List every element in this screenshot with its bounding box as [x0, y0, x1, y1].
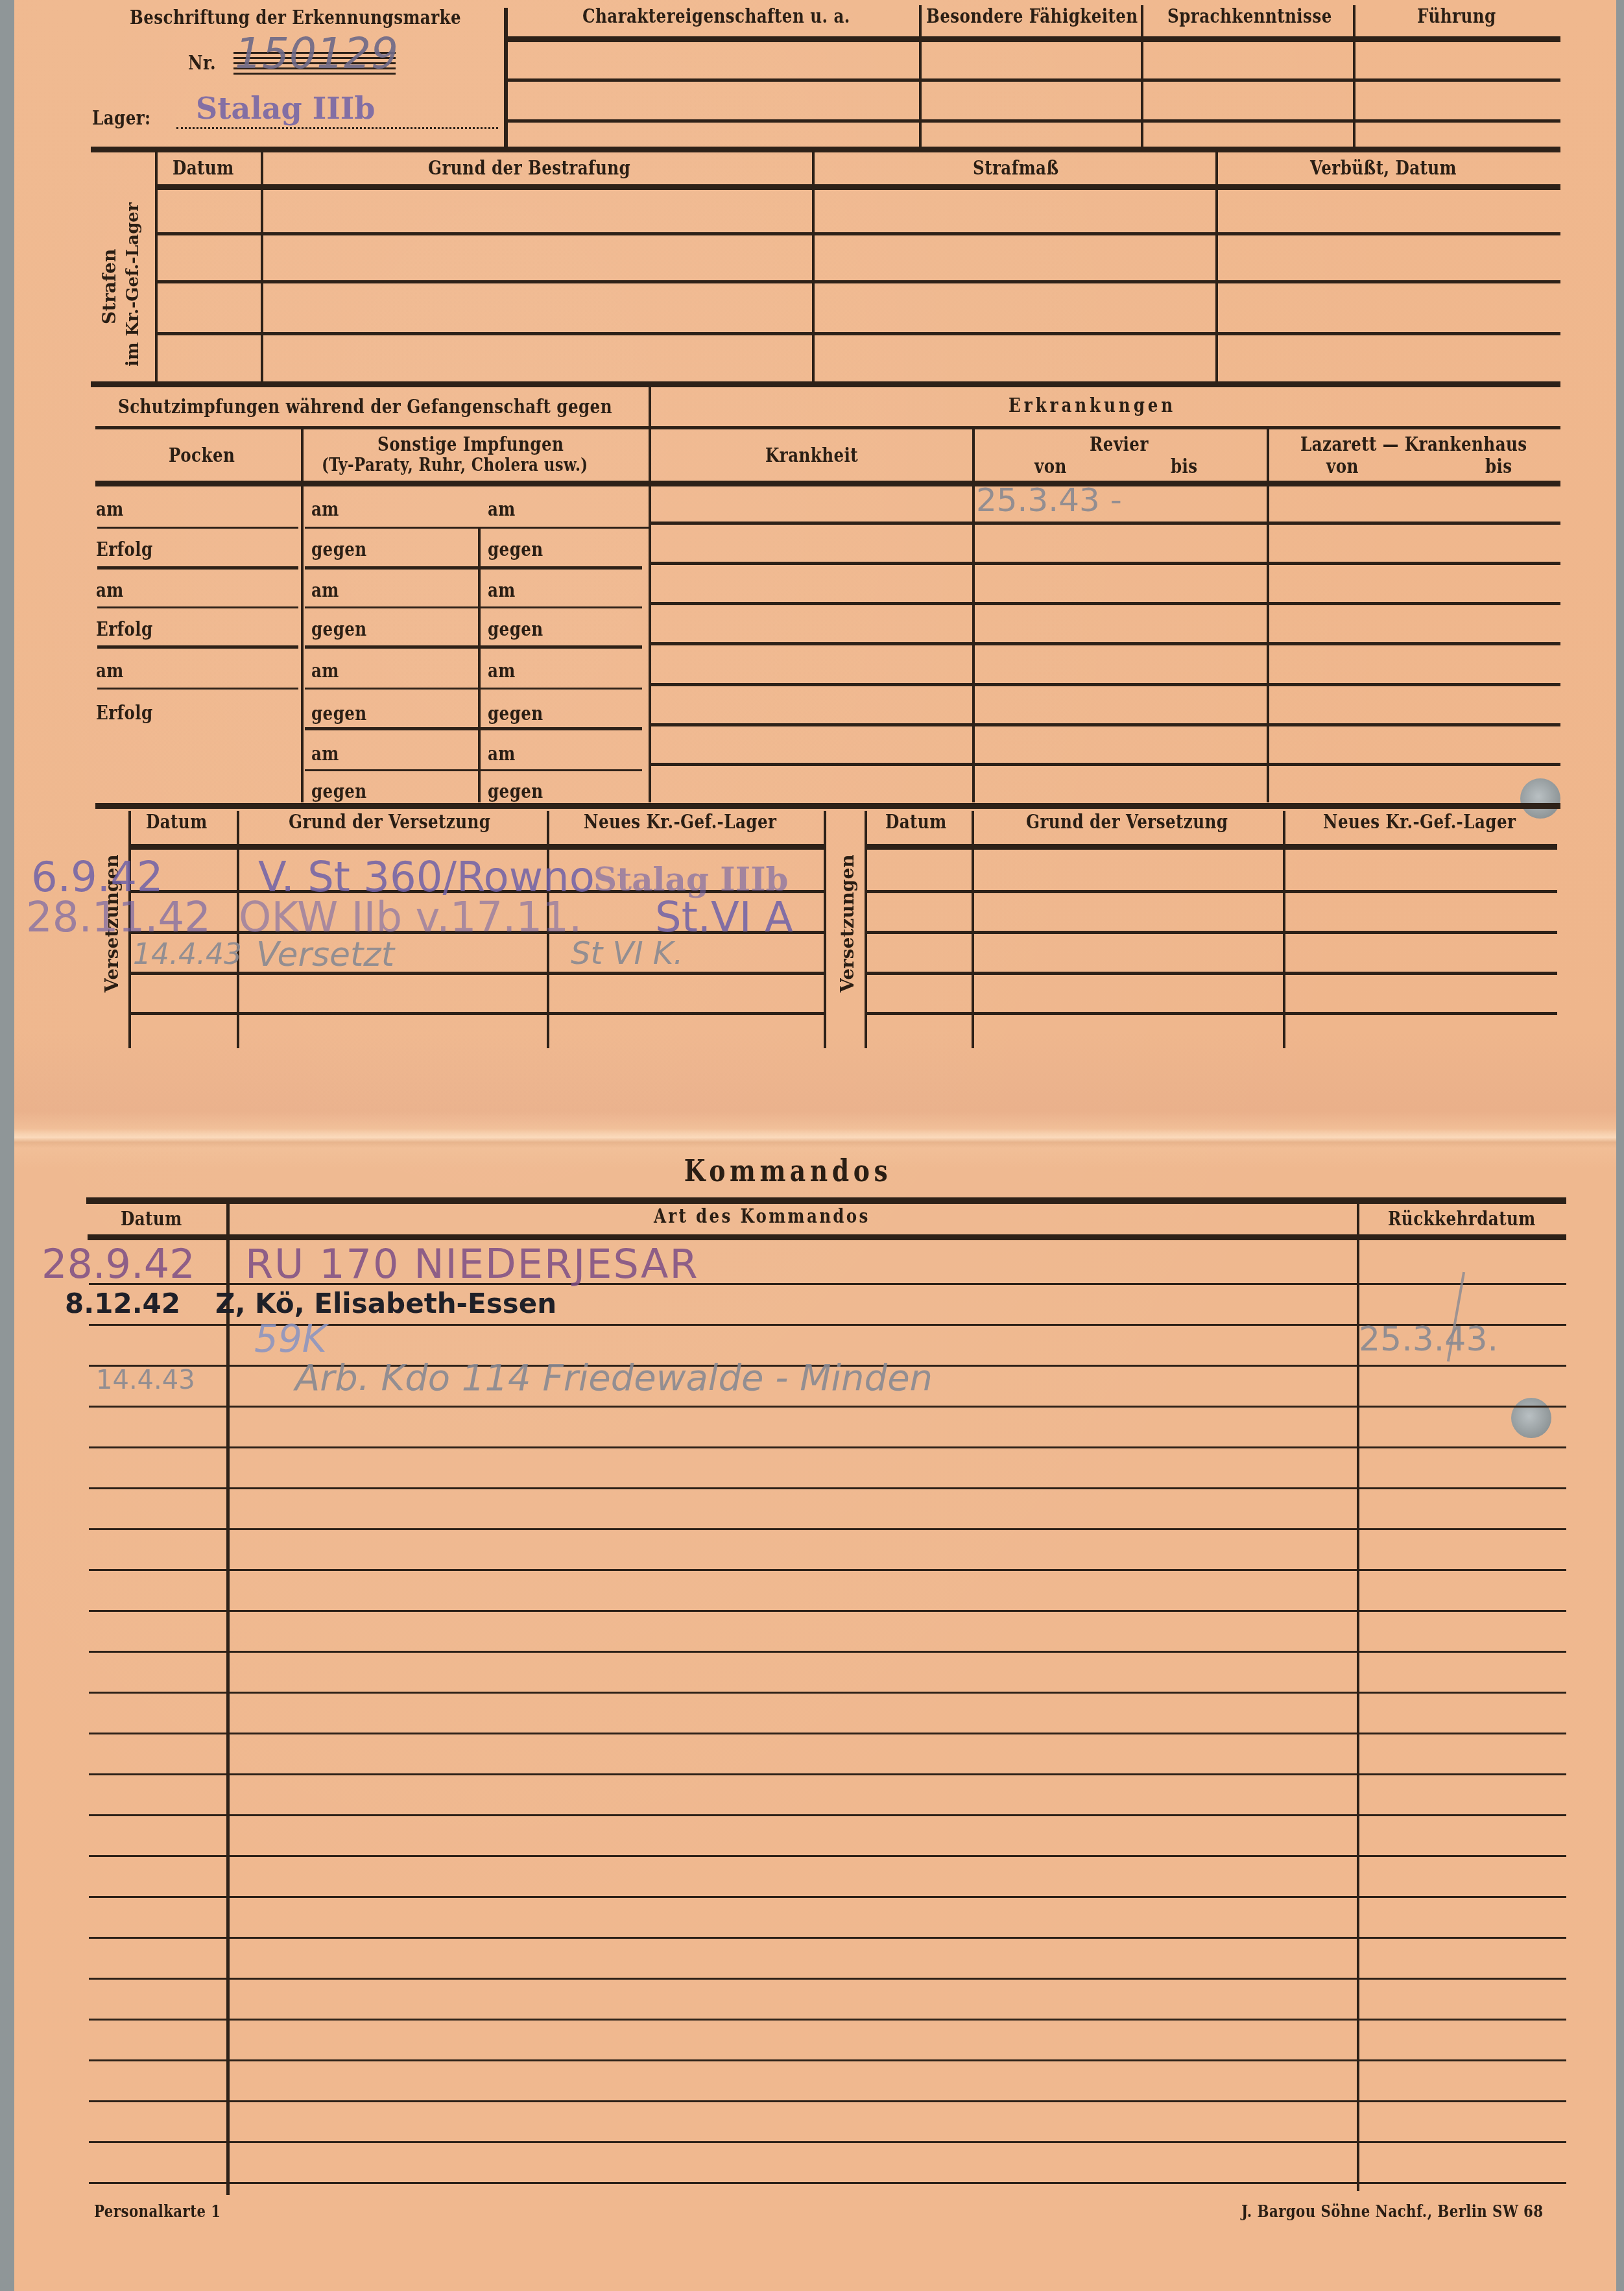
side-label-lager: im Kr.-Gef.-Lager	[123, 202, 143, 366]
other-row-am: am	[488, 498, 516, 521]
other-row-gegen: gegen	[488, 538, 543, 561]
header-rule	[88, 1234, 1566, 1240]
other-row-gegen: gegen	[311, 618, 367, 641]
pocken-row-erfolg: Erfolg	[96, 538, 153, 561]
pocken-row-am: am	[96, 579, 124, 602]
row-line	[89, 1937, 1566, 1939]
row-line	[89, 2059, 1566, 2061]
header-datum: Datum	[121, 1208, 182, 1230]
kommando-art: Z, Kö, Elisabeth-Essen	[215, 1288, 556, 1319]
header-sprachkenntnisse: Sprachkenntnisse	[1167, 5, 1332, 28]
header-grund: Grund der Bestrafung	[428, 157, 630, 180]
vaccinations-title: Schutzimpfungen während der Gefangenscha…	[118, 396, 612, 418]
header-top-rule	[86, 1197, 1566, 1204]
subheader-sonstige: (Ty-Paraty, Ruhr, Cholera usw.)	[322, 454, 588, 475]
row-line	[97, 527, 298, 529]
header-neues-lager: Neues Kr.-Gef.-Lager	[584, 811, 776, 834]
row-line	[305, 527, 649, 529]
revier-von: von	[1034, 455, 1067, 478]
kommando-rueckkehr: 25.3.43.	[1359, 1320, 1498, 1359]
grid-line	[1267, 428, 1269, 802]
pocken-row-am: am	[96, 498, 124, 521]
row-line	[97, 645, 298, 649]
revier-bis: bis	[1171, 455, 1198, 478]
header-rule	[130, 844, 824, 850]
other-row-am: am	[488, 743, 516, 765]
row-line	[305, 688, 642, 690]
header-strafmass: Strafmaß	[973, 157, 1059, 180]
other-row-am: am	[488, 660, 516, 682]
lager-dotted-line	[176, 127, 498, 129]
row-line	[651, 683, 1560, 686]
other-row-am: am	[311, 498, 339, 521]
header-fuehrung: Führung	[1417, 5, 1496, 28]
header-rule	[156, 184, 1560, 190]
section-rule	[91, 381, 1560, 387]
header-grund: Grund der Versetzung	[289, 811, 490, 834]
header-datum: Datum	[146, 811, 208, 834]
header-datum: Datum	[173, 157, 234, 180]
header-verbuesst: Verbüßt, Datum	[1310, 157, 1457, 180]
row-line	[305, 769, 642, 771]
transfer-grund: OKW IIb v.17.11.	[239, 894, 582, 942]
nr-value: 150129	[235, 29, 398, 78]
header-rule	[507, 36, 1560, 42]
row-line	[866, 931, 1557, 934]
grid-line	[1353, 5, 1355, 149]
header-grund: Grund der Versetzung	[1026, 811, 1228, 834]
row-line	[156, 332, 1560, 335]
row-line	[130, 1012, 824, 1015]
row-line	[305, 727, 642, 730]
row-line	[89, 2019, 1566, 2021]
header-rueckkehr: Rückkehrdatum	[1388, 1208, 1536, 1230]
other-row-am: am	[311, 579, 339, 602]
row-line	[156, 280, 1560, 283]
lazarett-von: von	[1326, 455, 1359, 478]
side-label-strafen: Strafen	[99, 249, 120, 324]
header-lazarett: Lazarett — Krankenhaus	[1300, 433, 1527, 456]
row-line	[305, 606, 642, 608]
row-line	[97, 688, 298, 690]
pocken-row-am: am	[96, 660, 124, 682]
row-line	[89, 1773, 1566, 1775]
form-number: Personalkarte 1	[94, 2202, 221, 2222]
illnesses-title: Erkrankungen	[1009, 394, 1176, 417]
row-line	[89, 1692, 1566, 1694]
other-row-gegen: gegen	[488, 618, 543, 641]
side-label-versetzungen: Versetzungen	[837, 854, 858, 992]
transfer-datum: 14.4.43	[133, 938, 242, 971]
other-row-am: am	[488, 579, 516, 602]
transfer-lager: St.VI A	[655, 894, 793, 942]
row-line	[130, 972, 824, 975]
lager-label: Lager:	[92, 107, 151, 130]
section-rule	[91, 147, 1560, 152]
transfer-lager: St VI K.	[571, 935, 684, 972]
row-line	[651, 642, 1560, 645]
header-rule	[866, 844, 1557, 850]
row-line	[508, 119, 1560, 123]
row-line	[89, 1569, 1566, 1571]
other-row-gegen: gegen	[488, 780, 543, 803]
other-row-gegen: gegen	[311, 538, 367, 561]
row-line	[305, 645, 642, 649]
row-line	[156, 232, 1560, 235]
grid-line	[972, 428, 975, 802]
kommando-datum: 8.12.42	[65, 1288, 180, 1319]
punch-hole-lower	[1511, 1398, 1551, 1438]
grid-line	[226, 1204, 230, 2195]
other-row-gegen: gegen	[488, 702, 543, 725]
other-row-am: am	[311, 743, 339, 765]
printer-imprint: J. Bargou Söhne Nachf., Berlin SW 68	[1241, 2202, 1544, 2222]
row-line	[89, 1446, 1566, 1448]
row-line	[89, 1610, 1566, 1612]
row-line	[89, 1896, 1566, 1898]
kommando-datum: 14.4.43	[96, 1365, 195, 1395]
row-line	[89, 2100, 1566, 2102]
row-line	[89, 1406, 1566, 1408]
row-line	[89, 2141, 1566, 2143]
lazarett-bis: bis	[1485, 455, 1512, 478]
kommandos-title: Kommandos	[674, 1153, 903, 1188]
row-line	[866, 1012, 1557, 1015]
grid-line	[649, 387, 651, 802]
row-line	[508, 78, 1560, 82]
row-line	[89, 1487, 1566, 1489]
kommando-art: Arb. Kdo 114 Friedewalde - Minden	[295, 1357, 933, 1399]
header-art: Art des Kommandos	[654, 1205, 870, 1228]
row-line	[89, 1733, 1566, 1734]
row-line	[89, 1978, 1566, 1980]
row-line	[305, 566, 642, 570]
grid-line	[919, 5, 922, 149]
row-line	[651, 522, 1560, 525]
row-line	[89, 1651, 1566, 1653]
row-line	[651, 562, 1560, 565]
header-krankheit: Krankheit	[765, 444, 858, 467]
kommando-datum: 28.9.42	[42, 1240, 195, 1288]
section-rule	[95, 803, 1560, 809]
other-row-gegen: gegen	[311, 702, 367, 725]
nr-label: Nr.	[188, 52, 216, 75]
header-datum: Datum	[885, 811, 947, 834]
header-faehigkeiten: Besondere Fähigkeiten	[926, 5, 1138, 28]
grid-line	[1141, 5, 1143, 149]
identity-title: Beschriftung der Erkennungsmarke	[130, 6, 461, 29]
row-line	[89, 1855, 1566, 1857]
pocken-row-erfolg: Erfolg	[96, 702, 153, 725]
row-line	[866, 890, 1557, 893]
header-rule	[95, 481, 1560, 486]
lager-stamp: Stalag IIIb	[196, 91, 375, 126]
transfer-lager: Stalag IIIb	[593, 860, 789, 898]
other-row-am: am	[311, 660, 339, 682]
punch-hole-upper	[1520, 778, 1560, 819]
pocken-row-erfolg: Erfolg	[96, 618, 153, 641]
header-neues-lager: Neues Kr.-Gef.-Lager	[1323, 811, 1516, 834]
transfer-datum: 28.11.42	[26, 894, 211, 942]
row-line	[89, 1528, 1566, 1530]
revier-von-value: 25.3.43 -	[976, 481, 1122, 519]
row-line	[97, 606, 298, 608]
row-line	[89, 2182, 1566, 2184]
other-row-gegen: gegen	[311, 780, 367, 803]
header-sonstige: Sonstige Impfungen	[377, 433, 564, 456]
row-line	[651, 723, 1560, 726]
row-line	[651, 763, 1560, 766]
grid-line	[478, 529, 481, 802]
transfer-grund: Versetzt	[256, 935, 394, 974]
row-line	[866, 972, 1557, 975]
row-line	[97, 566, 298, 570]
row-line	[89, 1814, 1566, 1816]
header-pocken: Pocken	[169, 444, 235, 467]
kommando-art: 59K	[254, 1317, 327, 1361]
kommando-art: RU 170 NIEDERJESAR	[245, 1240, 699, 1288]
grid-line	[824, 811, 826, 1048]
row-line	[651, 602, 1560, 605]
header-charakter: Charaktereigenschaften u. a.	[582, 5, 850, 28]
paper-fold	[14, 1129, 1616, 1148]
title-rule	[95, 426, 1560, 429]
header-revier: Revier	[1090, 433, 1149, 456]
